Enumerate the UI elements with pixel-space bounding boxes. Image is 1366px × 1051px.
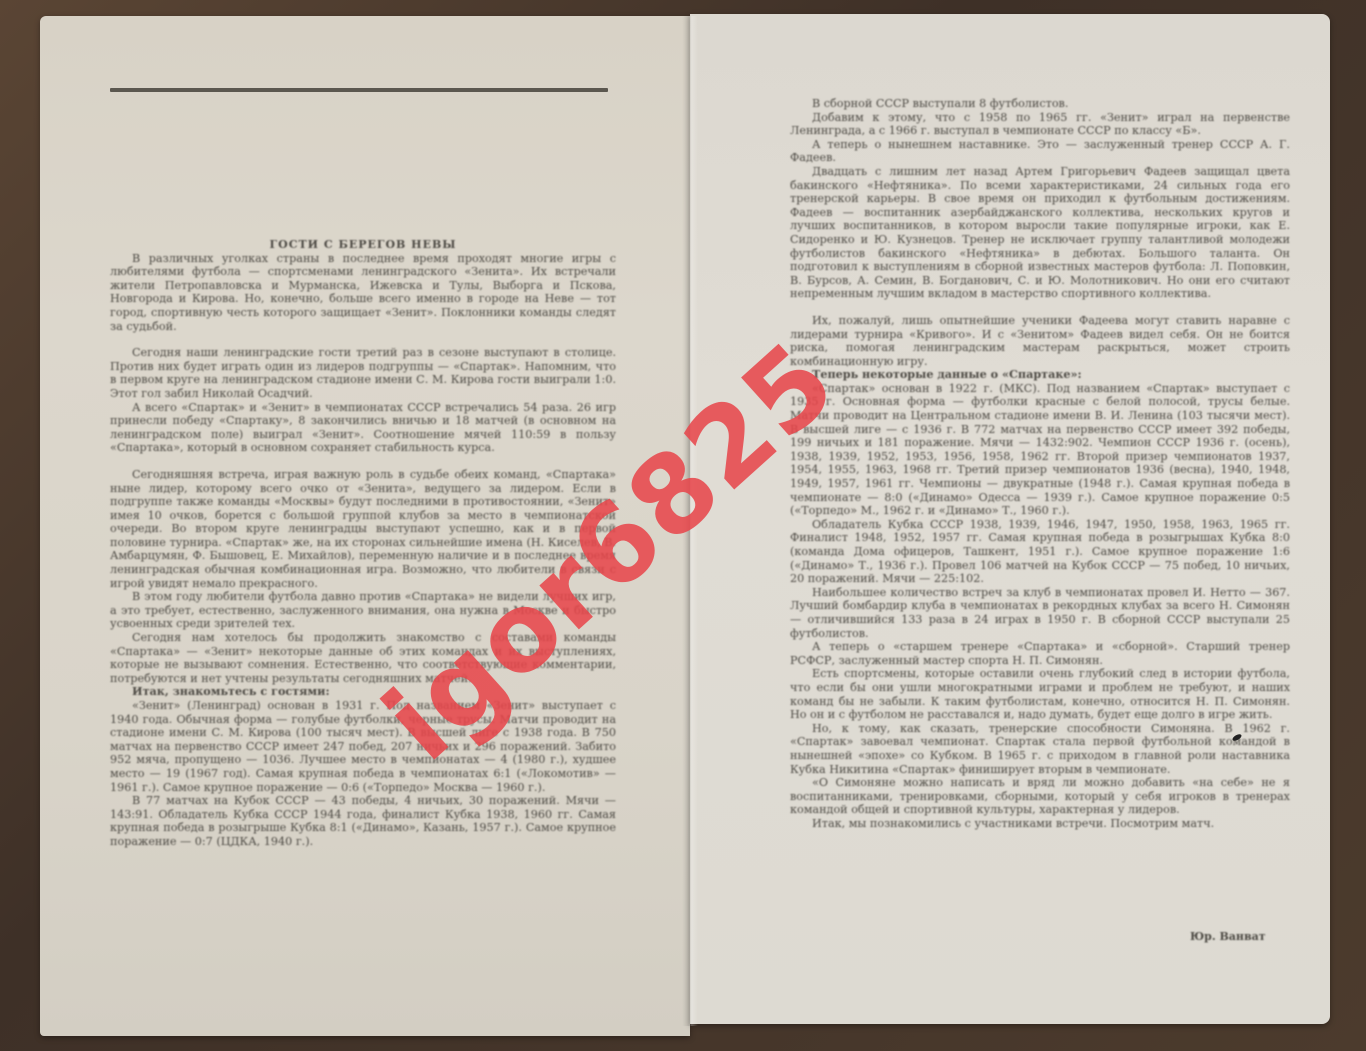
section-subheading: Теперь некоторые данные о «Спартаке»: <box>790 368 1290 382</box>
author-signature: Юр. Ванват <box>1190 930 1266 943</box>
paragraph: Но, к тому, как сказать, тренерские спос… <box>790 722 1290 776</box>
paragraph: Итак, мы познакомились с участниками вст… <box>790 817 1290 831</box>
header-rule <box>110 88 608 92</box>
paragraph: «Зенит» (Ленинград) основан в 1931 г. По… <box>110 699 616 794</box>
paragraph: Сегодня наши ленинградские гости третий … <box>110 346 616 400</box>
paragraph: А теперь о «старшем тренере «Спартака» и… <box>790 640 1290 667</box>
paragraph: А всего «Спартак» и «Зенит» в чемпионата… <box>110 401 616 455</box>
article-title: ГОСТИ С БЕРЕГОВ НЕВЫ <box>110 238 616 252</box>
paragraph: Их, пожалуй, лишь опытнейшие ученики Фад… <box>790 314 1290 368</box>
paragraph: Обладатель Кубка СССР 1938, 1939, 1946, … <box>790 518 1290 586</box>
paragraph: В сборной СССР выступали 8 футболистов. <box>790 97 1290 111</box>
paragraph: А теперь о нынешнем наставнике. Это — за… <box>790 138 1290 165</box>
paragraph: «Спартак» основан в 1922 г. (МКС). Под н… <box>790 382 1290 518</box>
paragraph: Наибольшее количество встреч за клуб в ч… <box>790 586 1290 640</box>
paragraph: В 77 матчах на Кубок СССР — 43 победы, 4… <box>110 794 616 848</box>
paragraph: Добавим к этому, что с 1958 по 1965 гг. … <box>790 111 1290 138</box>
right-column: В сборной СССР выступали 8 футболистов. … <box>790 97 1290 830</box>
paragraph: Двадцать с лишним лет назад Артем Григор… <box>790 165 1290 301</box>
paragraph: «О Симоняне можно написать и вряд ли мож… <box>790 776 1290 817</box>
paragraph: Есть спортсмены, которые оставили очень … <box>790 667 1290 721</box>
paragraph: В различных уголках страны в последнее в… <box>110 252 616 334</box>
